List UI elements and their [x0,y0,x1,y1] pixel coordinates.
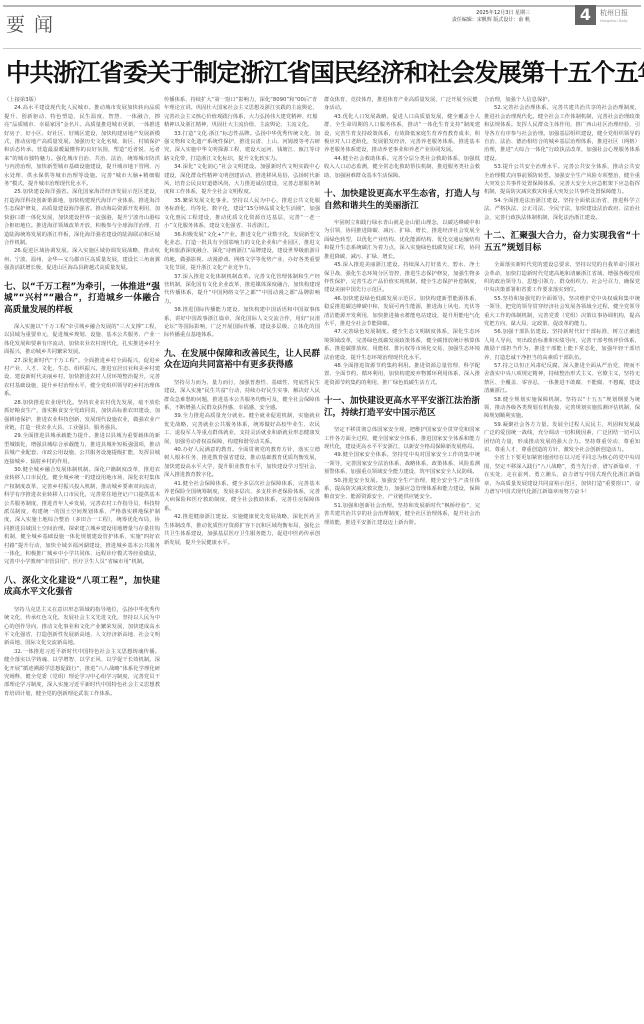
page-number-badge: 4 [575,5,596,25]
paragraph: 46.加快建设绿色低碳发展示范区。加快构建新型能源体系，稳妥推进碳达峰碳中和，发… [324,295,480,329]
paragraph: 47.完善绿色发展制度。健全生态文明制度体系，深化生态环境领域改革，完善绿色低碳… [324,328,480,362]
paragraph: 27.深化新时代“千万工程”。全面推进乡村全面振兴，促进乡村产业、人才、文化、生… [4,357,160,399]
paragraph: 33.打造“文化·浙江”标志性品牌。弘扬中华优秀传统文化，加强文物和文化遗产系统… [164,130,320,164]
paragraph: 34.深化“文化润心”社会文明建设。加强新时代文明实践中心建设，深化群众性精神文… [164,163,320,197]
continued-text: 传播体系，持续扩大“第一窗口”影响力，深化“8090”和“00后”青年理论宣讲。… [164,96,320,130]
issue-meta: 2025年12月3日 星期三 责任编辑：宋帆辉 版式设计：俞 帆 [452,10,530,24]
paragraph: 42.推进健康浙江建设。实施健康优先发展战略，深化医药卫生体制改革，推动优质医疗… [164,513,320,547]
paragraph: 坚定不移贯彻总体国家安全观，把维护国家安全贯穿党和国家工作各方面全过程，健全国家… [324,426,480,451]
paragraph: 深入实施以“千万工程”牵引城乡融合发展的“三大支撑”工程，以县域为重要单元，促进… [4,323,160,357]
paragraph: 51.加强和创新社会治理。坚持和发展新时代“枫桥经验”，完善共建共治共享的社会治… [324,502,480,527]
paragraph: 57.持之以恒正风肃纪反腐。深入推进全面从严治党，锲而不舍落实中央八项规定精神，… [484,362,640,396]
paragraph: 26.促进区域协调发展。深入实施区域协调发展战略，推动杭州、宁波、温州、金华—义… [4,247,160,272]
paragraph: 牢固树立和践行绿水青山就是金山银山理念，以碳达峰碳中和为引领，协同推进降碳、减污… [324,219,480,261]
article-body: （上接第3版）24.高水平建设现代化人民城市。推动城市发展加快转向品质提升、创新… [4,96,640,1021]
article-column-4: 合治理，加强个人信息保护。52.完善社会治理体系。完善共建共治共享的社会治理制度… [484,96,640,1021]
paragraph: 全面落实新时代党的建设总要求，坚持以党的自我革命引领社会革命，加快打造新时代党建… [484,261,640,295]
article-column-1: （上接第3版）24.高水平建设现代化人民城市。推动城市发展加快转向品质提升、创新… [4,96,160,1021]
article-column-3: 群众体育、竞技体育，推进体育产业高质量发展，广泛开展全民健身活动。43.优化人口… [324,96,480,1021]
header-divider [3,48,641,49]
section-heading: 九、在发展中保障和改善民生，让人民群众在迈向共同富裕中有更多获得感 [164,349,320,372]
paragraph: 39.全力推进高质量充分就业。健全就业促进机制，实施就业优先战略，完善就业公共服… [164,412,320,446]
paragraph: 43.优化人口发展战略。促进人口高质量发展，健全覆盖全人群、全生命周期的人口服务… [324,113,480,155]
paragraph: 59.凝聚社会各方力量。发展全过程人民民主，巩固和发展最广泛的爱国统一战线，充分… [484,421,640,455]
paragraph: 55.坚持和加强党的全面领导。坚决维护党中央权威和集中统一领导，把党的领导贯穿经… [484,295,640,329]
paragraph: 58.健全规划实施保障机制。坚持以“十五五”规划纲要为统领，推动各级各类规划有机… [484,396,640,421]
paragraph: 52.完善社会治理体系。完善共建共治共享的社会治理制度，推进社会治理现代化。健全… [484,104,640,163]
paragraph: 32.一体推进习近平新时代中国特色社会主义思想铸魂传播。健全落实以学铸魂、以学增… [4,648,160,698]
paragraph: 29.全面推进县城承载能力提升。推进以县城为重要载体的新型城镇化，增强县城综合承… [4,432,160,466]
paragraph: 24.高水平建设现代化人民城市。推动城市发展加快转向品质提升、创新驱动、特色塑造… [4,104,160,188]
editor-credits: 责任编辑：宋帆辉 版式设计：俞 帆 [452,17,530,24]
paragraph: 坚持尽力而为、量力而行，加强普惠性、基础性、兜底性民生建设，深入实施“民生共富”… [164,379,320,413]
paragraph: 37.深入推进文化体制机制改革。完善文化管理体制和生产经营机制，深化国有文化企业… [164,273,320,307]
paragraph: 38.推进国际传播能力建设。加快构建中国话语和中国叙事体系，讲好中国故事浙江篇章… [164,306,320,340]
paragraph: 54.全面推进法治浙江建设。坚持全面依法治省，推进科学立法、严格执法、公正司法、… [484,197,640,222]
paragraph: 53.提升公共安全治理水平。完善公共安全体系，推动公共安全治理模式向事前预防转型… [484,163,640,197]
paper-logo: 杭州日报 Hangzhou Daily [600,9,628,25]
paragraph: 坚持马克思主义在意识形态领域的指导地位，弘扬中华优秀传统文化，传承红色文化，发展… [4,606,160,648]
paragraph: 40.办好人民满意的教育。全面贯彻党的教育方针，落实立德树人根本任务，推进教育强… [164,446,320,480]
section-heading: 十、加快建设更高水平生态省，打造人与自然和谐共生的美丽浙江 [324,189,480,212]
issue-date: 2025年12月3日 星期三 [452,10,530,17]
paragraph: 50.推进安全发展。加强安全生产治理，健全安全生产责任体系，提高防灾减灾救灾能力… [324,477,480,502]
paragraph: 36.积极发展“文化+”产业。推进文化产业数字化，发展新型文化业态，打造一批具有… [164,231,320,273]
paragraph: 45.深入推进美丽浙江建设。持续深入打好蓝天、碧水、净土保卫战，强化生态环境分区… [324,261,480,295]
section-title: 要闻 [6,10,62,37]
continued-text: （上接第3版） [4,96,160,104]
paragraph: 全省上下要更加紧密地团结在以习近平同志为核心的党中央周围，坚定不移深入践行“八八… [484,454,640,496]
paragraph: 48.全面推进资源节约集约利用。推进资源总量管理、科学配置、全面节约、循环利用，… [324,362,480,387]
paragraph: 30.健全城乡融合发展体制机制。深化户籍制度改革，推进农业转移人口市民化，健全城… [4,466,160,567]
paper-name-en: Hangzhou Daily [600,17,628,25]
continued-text: 合治理，加强个人信息保护。 [484,96,640,104]
top-rule [3,5,641,7]
article-column-2: 传播体系，持续扩大“第一窗口”影响力，深化“8090”和“00后”青年理论宣讲。… [164,96,320,1021]
section-heading: 八、深化文化建设“八项工程”，加快建成高水平文化强省 [4,576,160,599]
paragraph: 41.健全社会保障体系。健全多层次社会保障体系，完善基本养老保险全国统筹制度，发… [164,480,320,514]
paragraph: 49.健全国家安全体系。坚持党中央对国家安全工作的集中统一领导，完善国家安全法治… [324,451,480,476]
continued-text: 群众体育、竞技体育，推进体育产业高质量发展，广泛开展全民健身活动。 [324,96,480,113]
paragraph: 28.加快推进农业现代化。坚持农业农村优先发展，毫不放松抓好粮食生产，落实粮食安… [4,399,160,433]
section-heading: 七、以“千万工程”为牵引，一体推进“强城”“兴村”“融合”，打造城乡一体融合高质… [4,282,160,317]
section-heading: 十一、加快建设更高水平平安浙江法治浙江，持续打造平安中国示范区 [324,396,480,419]
paragraph: 35.繁荣发展文化事业。坚持以人民为中心，推进公共文化服务标准化、均等化、数字化… [164,197,320,231]
paragraph: 44.健全社会救助体系。完善分层分类社会救助体系，加强低收入人口动态监测，健全常… [324,155,480,180]
paragraph: 25.加快建设海洋强省。深化国家海洋经济发展示范区建设，打造海洋科技创新策源地，… [4,188,160,247]
paper-name: 杭州日报 [600,9,628,17]
paragraph: 56.加强干部队伍建设。坚持新时代好干部标准，树立正确选人用人导向，突出政治标准… [484,328,640,362]
section-heading: 十二、汇聚强大合力，奋力实现我省“十五五”规划目标 [484,231,640,254]
main-headline: 中共浙江省委关于制定浙江省国民经济和社会发展第十五个五年规划的建议 [6,58,638,88]
